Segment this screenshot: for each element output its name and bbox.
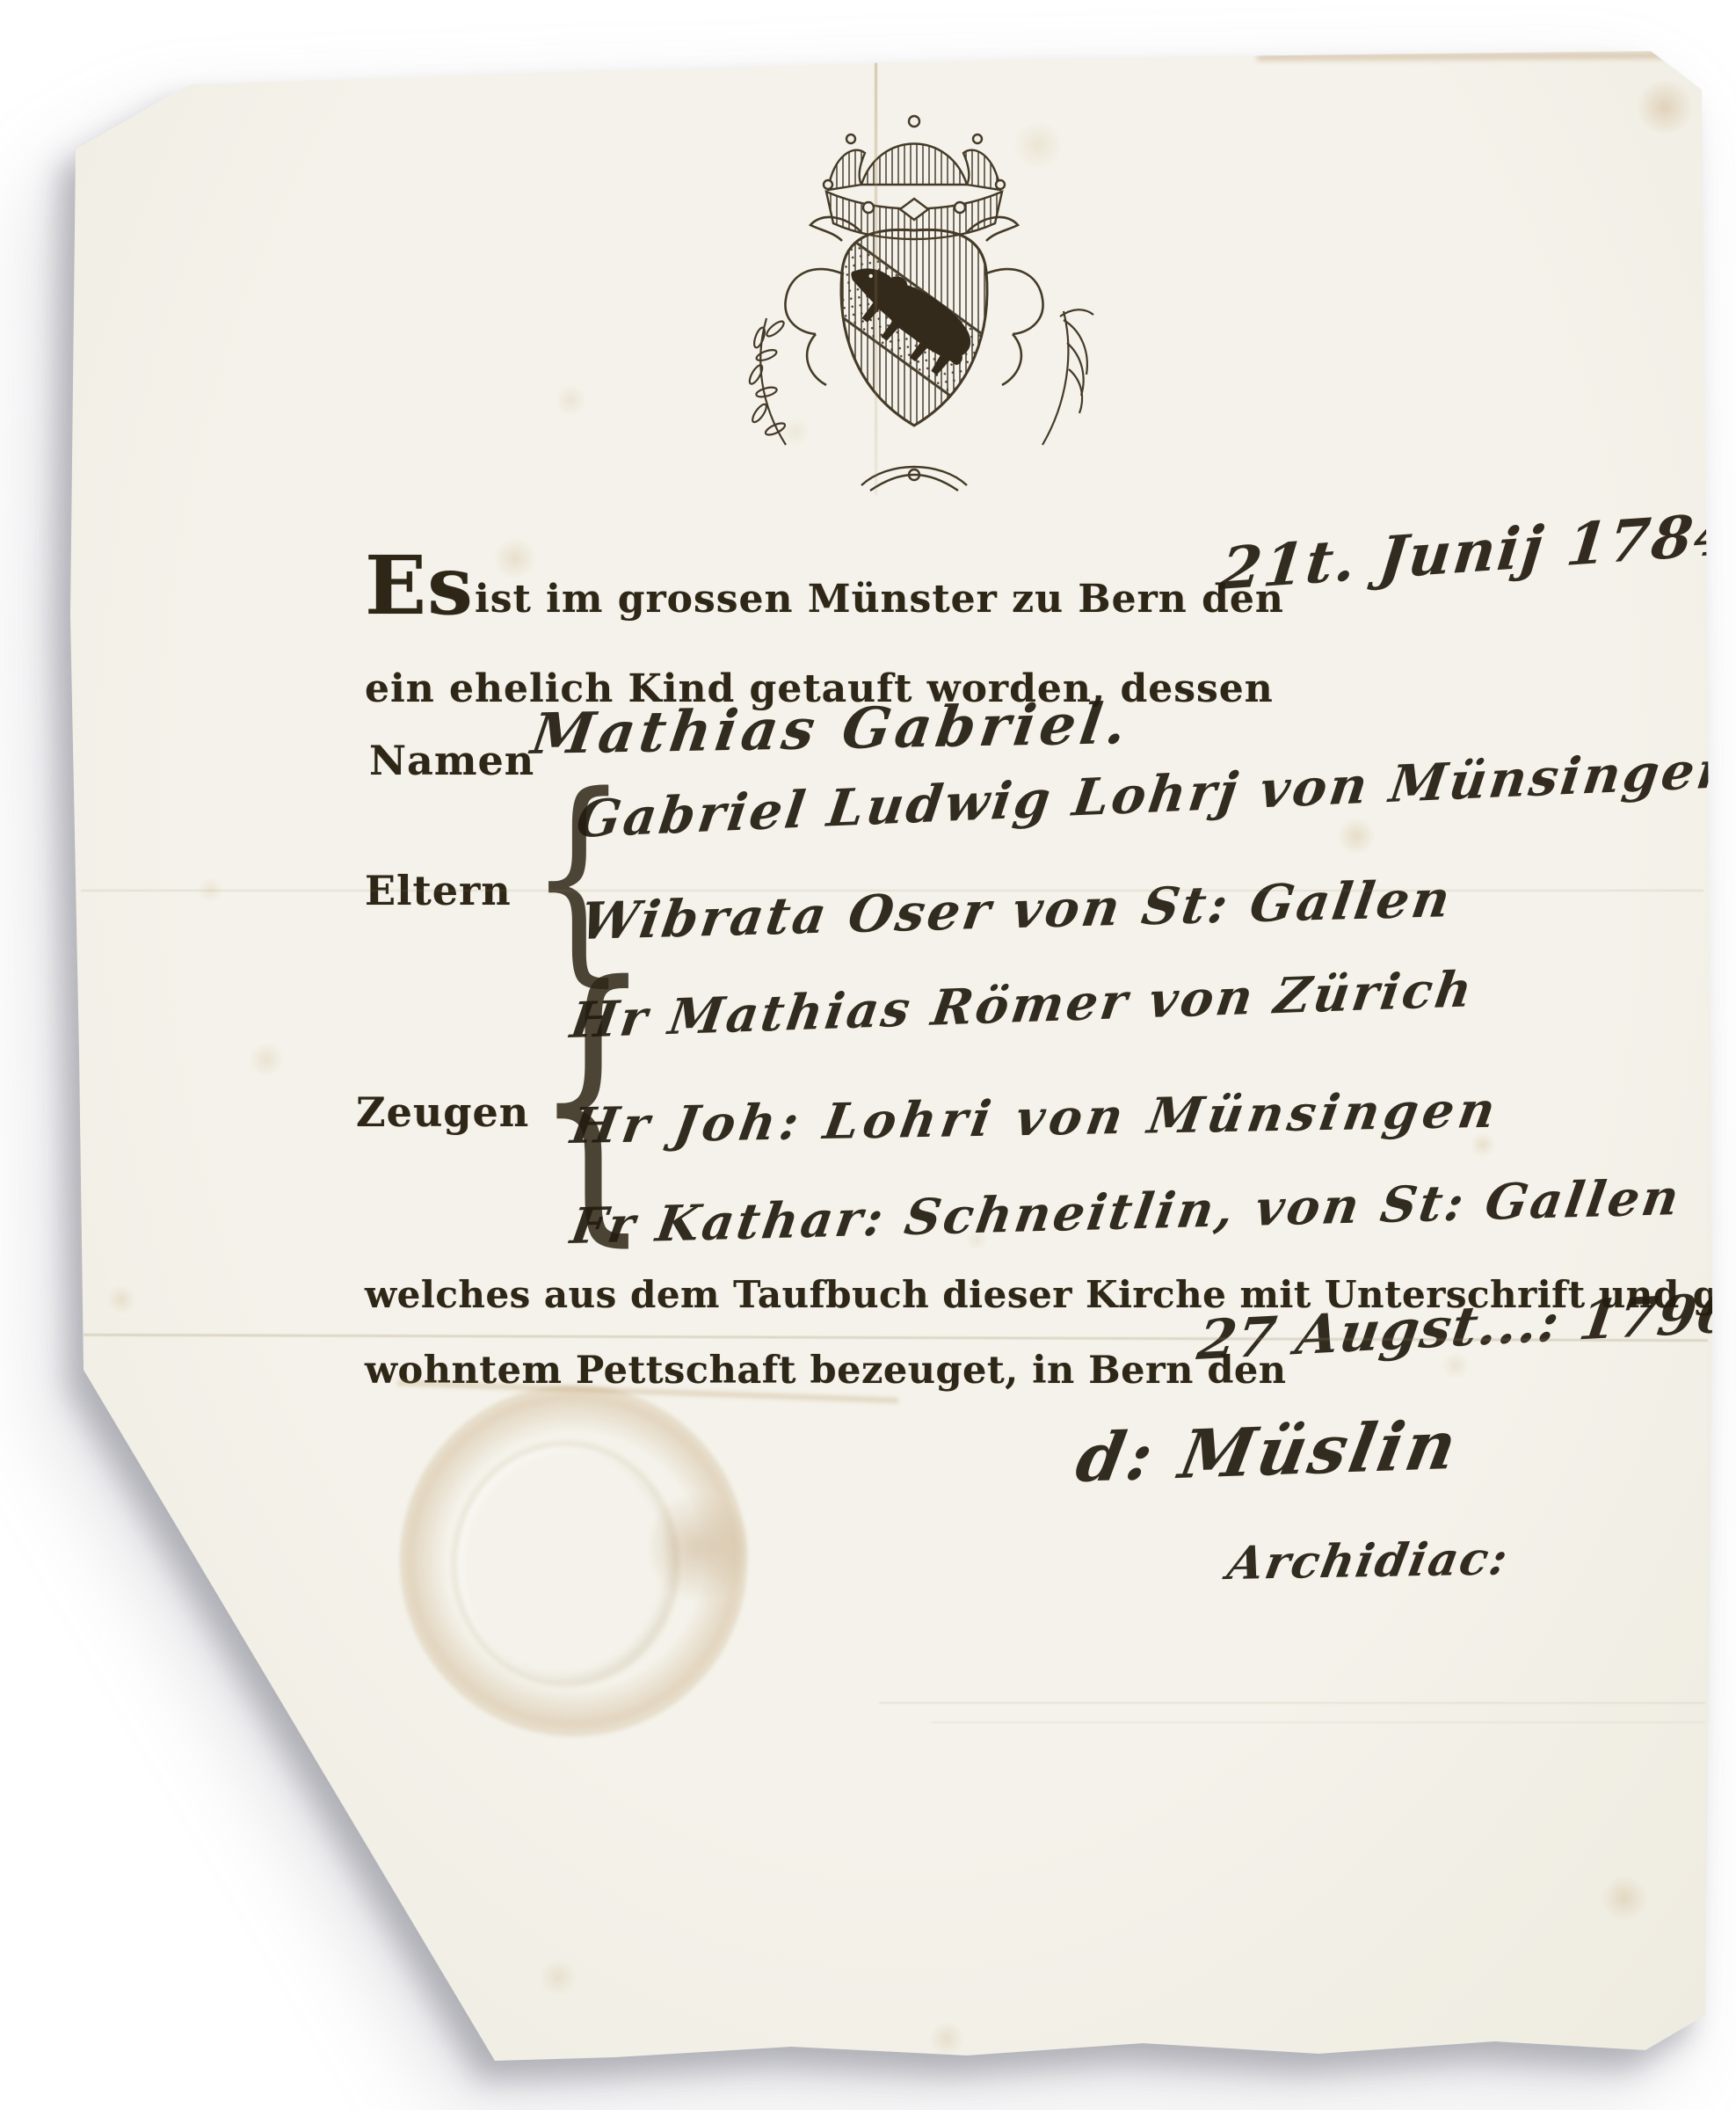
foxing-stain bbox=[197, 877, 223, 902]
parents-label: Eltern bbox=[365, 867, 512, 914]
witness-entry-1: Hr Mathias Römer von Zürich bbox=[567, 960, 1478, 1050]
foxing-stain bbox=[928, 2022, 965, 2055]
foxing-stain bbox=[538, 1959, 578, 1996]
fold-crease-horizontal-4 bbox=[932, 1721, 1705, 1723]
foxing-stain bbox=[248, 1043, 285, 1076]
fold-crease-horizontal-3 bbox=[879, 1702, 1705, 1704]
opening-line-printed: ist im grossen Münster zu Bern den bbox=[475, 577, 1284, 622]
foxing-stain bbox=[1633, 81, 1696, 134]
baptism-date-handwritten: 21t. Junij 1784 bbox=[1217, 499, 1736, 603]
paper-shadow-wrap: Es ist im grossen Münster zu Bern den 21… bbox=[0, 0, 1736, 2110]
crown bbox=[824, 116, 1005, 239]
left-branch bbox=[747, 318, 787, 445]
stem-cross bbox=[861, 467, 967, 491]
opening-initial: Es bbox=[365, 538, 474, 633]
witnesses-label: Zeugen bbox=[356, 1088, 529, 1136]
parent-entry-2: Wibrata Oser von St: Gallen bbox=[577, 869, 1456, 951]
foxing-stain bbox=[1600, 1876, 1649, 1920]
baptismal-certificate-paper: Es ist im grossen Münster zu Bern den 21… bbox=[0, 0, 1736, 2110]
witness-entry-3: Fr Kathar: Schneitlin, von St: Gallen bbox=[567, 1168, 1685, 1255]
bern-coat-of-arms bbox=[730, 98, 1099, 512]
right-branch bbox=[1042, 309, 1093, 445]
scanned-document-page: Es ist im grossen Münster zu Bern den 21… bbox=[0, 0, 1736, 2110]
foxing-stain bbox=[554, 385, 587, 415]
signature-handwritten: d: Müslin bbox=[1071, 1406, 1465, 1497]
witness-entry-2: Hr Joh: Lohri von Münsingen bbox=[567, 1081, 1503, 1155]
seal-smudge bbox=[650, 1486, 747, 1609]
closing-line2-printed: wohntem Pettschaft bezeuget, in Bern den bbox=[365, 1349, 1287, 1393]
name-label: Namen bbox=[369, 737, 534, 784]
foxing-stain bbox=[492, 538, 538, 578]
foxing-stain bbox=[1336, 818, 1376, 855]
foxing-stain bbox=[105, 1285, 137, 1313]
signature-title-handwritten: Archidiac: bbox=[1224, 1532, 1513, 1590]
embossed-seal-relief bbox=[453, 1442, 679, 1686]
top-edge-toning bbox=[1257, 52, 1679, 62]
